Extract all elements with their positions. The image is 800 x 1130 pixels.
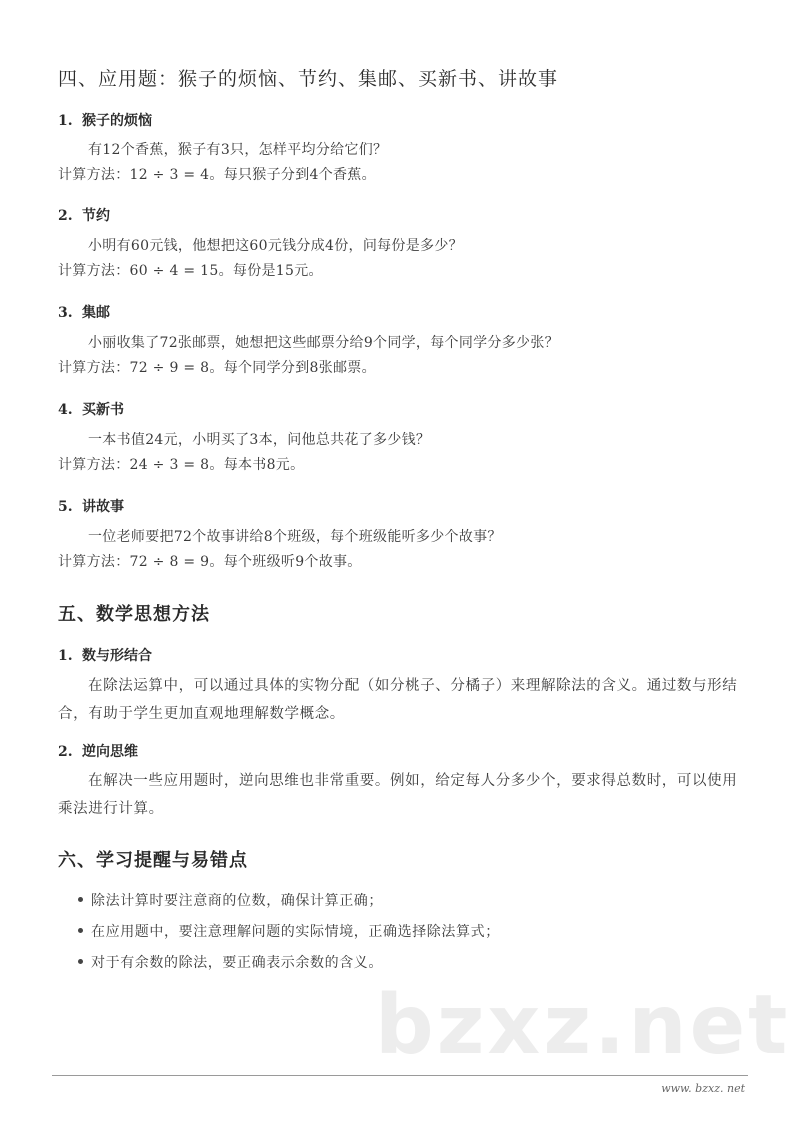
list-item-text: 在应用题中，要注意理解问题的实际情境，正确选择除法算式；: [91, 921, 500, 941]
subsection-heading: 3.集邮: [58, 302, 110, 322]
calculation-text: 计算方法：12 ÷ 3 = 4。每只猴子分到4个香蕉。: [58, 164, 376, 184]
subsection-title: 猴子的烦恼: [82, 113, 152, 129]
question-text: 有12个香蕉，猴子有3只，怎样平均分给它们？: [88, 139, 387, 159]
subsection-number: 2.: [58, 744, 82, 760]
subsection-title: 买新书: [82, 402, 124, 418]
subsection-number: 1.: [58, 648, 82, 664]
tips-list: 除法计算时要注意商的位数，确保计算正确； 在应用题中，要注意理解问题的实际情境，…: [78, 884, 500, 977]
calculation-text: 计算方法：24 ÷ 3 = 8。每本书8元。: [58, 454, 304, 474]
bullet-icon: [78, 959, 83, 964]
subsection-heading: 1.数与形结合: [58, 645, 152, 665]
bullet-icon: [78, 928, 83, 933]
subsection-number: 3.: [58, 305, 82, 321]
section-5-title: 五、数学思想方法: [58, 600, 210, 626]
subsection-number: 4.: [58, 402, 82, 418]
subsection-title: 逆向思维: [82, 744, 138, 760]
subsection-title: 讲故事: [82, 499, 124, 515]
watermark: bzxz.net: [375, 985, 790, 1067]
question-text: 小丽收集了72张邮票，她想把这些邮票分给9个同学，每个同学分多少张？: [88, 332, 559, 352]
section-4-title: 四、应用题：猴子的烦恼、节约、集邮、买新书、讲故事: [58, 64, 558, 91]
subsection-heading: 1.猴子的烦恼: [58, 110, 152, 130]
list-item: 对于有余数的除法，要正确表示余数的含义。: [78, 946, 500, 977]
subsection-title: 集邮: [82, 305, 110, 321]
calculation-text: 计算方法：60 ÷ 4 = 15。每份是15元。: [58, 260, 323, 280]
question-text: 一本书值24元，小明买了3本，问他总共花了多少钱？: [88, 429, 430, 449]
question-text: 一位老师要把72个故事讲给8个班级，每个班级能听多少个故事？: [88, 526, 502, 546]
paragraph: 在除法运算中，可以通过具体的实物分配（如分桃子、分橘子）来理解除法的含义。通过数…: [58, 672, 748, 728]
list-item: 在应用题中，要注意理解问题的实际情境，正确选择除法算式；: [78, 915, 500, 946]
subsection-title: 节约: [82, 208, 110, 224]
subsection-heading: 2.逆向思维: [58, 741, 138, 761]
list-item-text: 除法计算时要注意商的位数，确保计算正确；: [91, 890, 383, 910]
subsection-number: 5.: [58, 499, 82, 515]
list-item-text: 对于有余数的除法，要正确表示余数的含义。: [91, 952, 383, 972]
bullet-icon: [78, 897, 83, 902]
document-page: 四、应用题：猴子的烦恼、节约、集邮、买新书、讲故事 1.猴子的烦恼 有12个香蕉…: [0, 0, 800, 1130]
paragraph: 在解决一些应用题时，逆向思维也非常重要。例如，给定每人分多少个，要求得总数时，可…: [58, 767, 748, 823]
footer-url: www. bzxz. net: [661, 1082, 745, 1095]
calculation-text: 计算方法：72 ÷ 9 = 8。每个同学分到8张邮票。: [58, 357, 376, 377]
subsection-heading: 4.买新书: [58, 399, 124, 419]
subsection-title: 数与形结合: [82, 648, 152, 664]
calculation-text: 计算方法：72 ÷ 8 = 9。每个班级听9个故事。: [58, 551, 362, 571]
question-text: 小明有60元钱，他想把这60元钱分成4份，问每份是多少？: [88, 235, 463, 255]
section-6-title: 六、学习提醒与易错点: [58, 846, 248, 872]
subsection-number: 2.: [58, 208, 82, 224]
list-item: 除法计算时要注意商的位数，确保计算正确；: [78, 884, 500, 915]
subsection-number: 1.: [58, 113, 82, 129]
footer-divider: [52, 1075, 748, 1076]
subsection-heading: 2.节约: [58, 205, 110, 225]
subsection-heading: 5.讲故事: [58, 496, 124, 516]
